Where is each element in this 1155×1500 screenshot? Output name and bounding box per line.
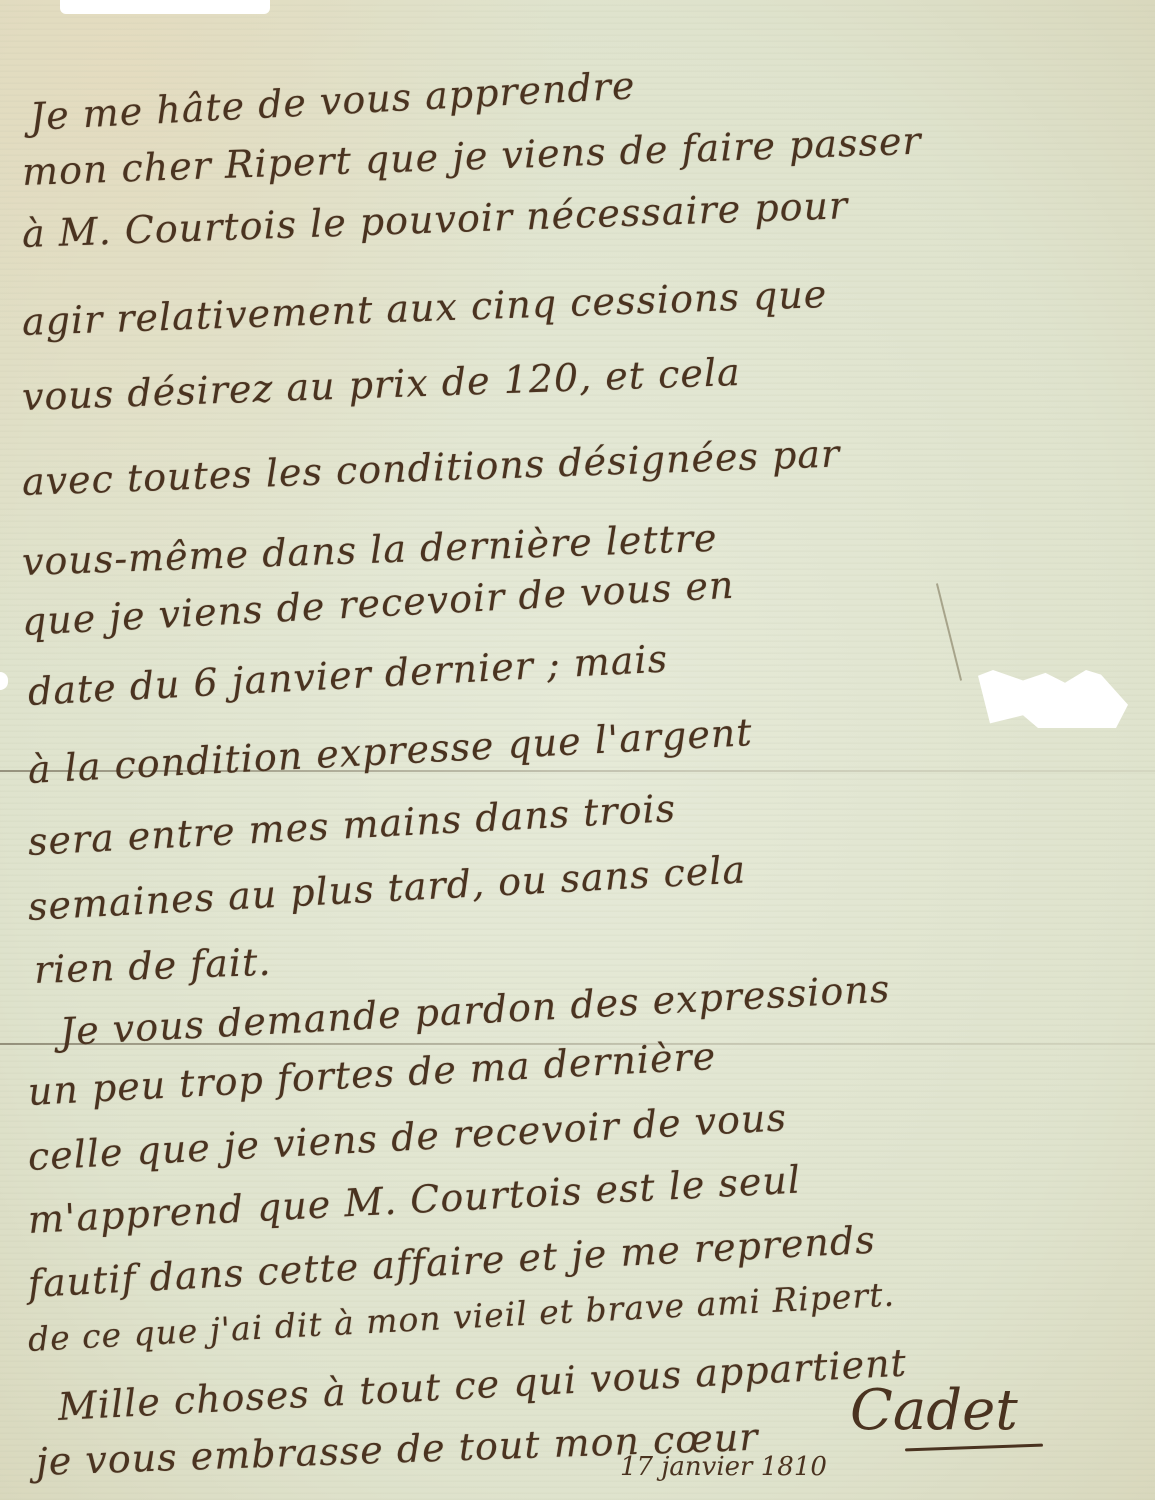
- letter-line: Je me hâte de vous apprendre: [29, 63, 637, 139]
- letter-sheet: Je me hâte de vous apprendre mon cher Ri…: [0, 0, 1155, 1500]
- tear-crease: [936, 583, 962, 681]
- letter-line: semaines au plus tard, ou sans cela: [27, 847, 747, 929]
- paper-tear-hole: [978, 670, 1128, 728]
- letter-line: rien de fait.: [33, 940, 272, 992]
- signature: Cadet: [850, 1378, 1018, 1443]
- letter-line: Mille choses à tout ce qui vous appartie…: [57, 1341, 908, 1429]
- letter-line: sera entre mes mains dans trois: [27, 786, 677, 864]
- letter-line: à M. Courtois le pouvoir nécessaire pour: [21, 183, 849, 256]
- letter-date: 17 janvier 1810: [620, 1452, 827, 1482]
- paper-edge-notch: [0, 672, 8, 690]
- letter-line: agir relativement aux cinq cessions que: [21, 272, 828, 344]
- letter-line: avec toutes les conditions désignées par: [21, 431, 841, 504]
- letter-line: vous désirez au prix de 120, et cela: [21, 350, 741, 419]
- paper-edge-damage: [60, 0, 270, 14]
- letter-line: date du 6 janvier dernier ; mais: [27, 636, 669, 713]
- letter-line: à la condition expresse que l'argent: [27, 710, 754, 792]
- signature-underline: [905, 1444, 1043, 1452]
